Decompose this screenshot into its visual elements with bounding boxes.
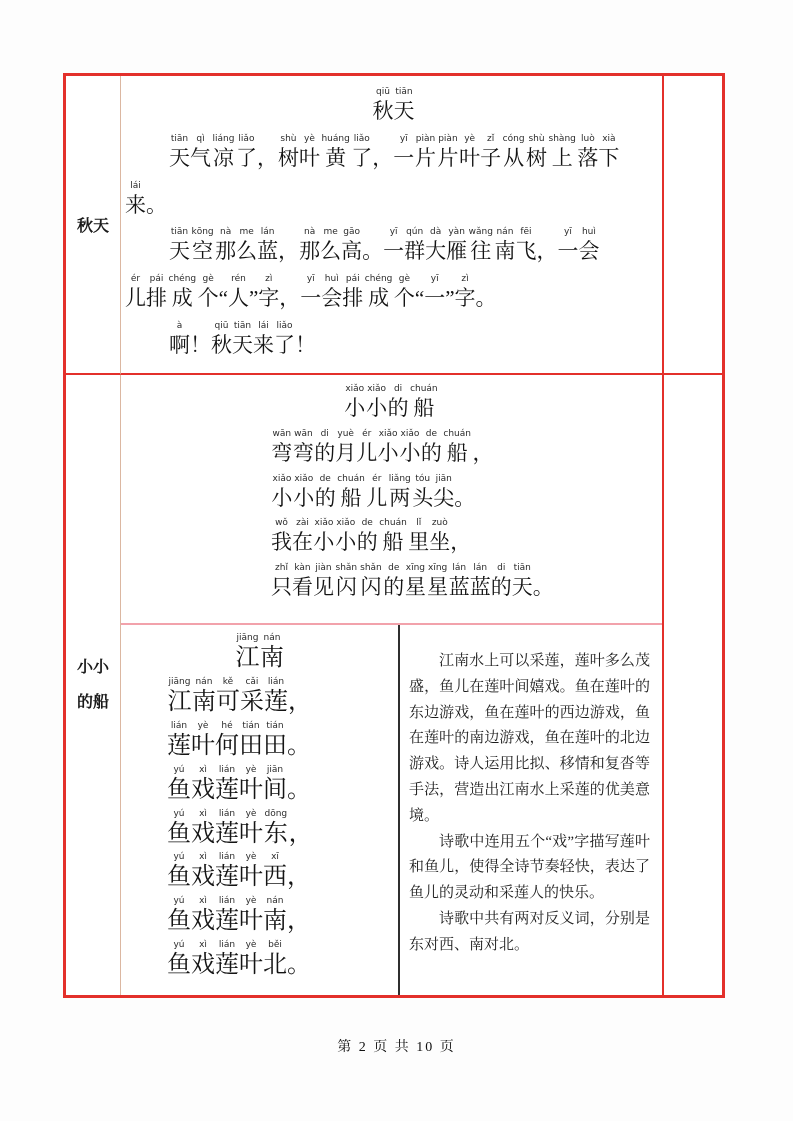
syllable: lián莲 (215, 895, 239, 935)
hanzi: 莲 (215, 864, 239, 891)
pinyin: tiān (512, 562, 532, 575)
page-number-text: 第 2 页 共 10 页 (337, 1040, 456, 1055)
pinyin: zuò (430, 517, 449, 530)
hanzi: 船 (447, 441, 468, 466)
syllable: liǎo了 (274, 320, 295, 358)
syllable: cóng从 (501, 133, 526, 171)
pinyin: chéng (363, 273, 394, 286)
hanzi: 来 (253, 333, 274, 358)
syllable: à啊 (169, 320, 190, 358)
pinyin: lán (472, 562, 489, 575)
syllable: jiān间 (263, 764, 287, 804)
pinyin: nán (265, 895, 285, 908)
pinyin: kàn (293, 562, 312, 575)
pinyin: yī (388, 226, 399, 239)
syllable: yè叶 (239, 895, 263, 935)
pinyin: qiū (375, 86, 392, 99)
pinyin (296, 895, 302, 908)
hanzi: 会 (321, 286, 342, 311)
hanzi: 的 (421, 441, 442, 466)
pinyin: tiān (232, 320, 252, 333)
syllable: tián田 (263, 720, 287, 760)
syllable: shǎn闪 (359, 562, 384, 600)
syllable: “ (219, 273, 228, 311)
pinyin: lián (169, 720, 188, 733)
hanzi: 叶 (299, 146, 320, 171)
pinyin: yuè (336, 428, 356, 441)
poem-jiangnan: jiāng江nán南 jiāng江nán南kě可cǎi采lián莲 ， lián… (121, 625, 400, 995)
syllable: di的 (491, 562, 512, 600)
pinyin: yú (172, 808, 186, 821)
pinyin: yú (172, 851, 186, 864)
syllable: huì会 (321, 273, 342, 311)
pinyin (154, 180, 160, 193)
pinyin (303, 320, 309, 333)
hanzi: ， (278, 239, 299, 264)
hanzi: 的 (314, 441, 335, 466)
syllable: liǎo了 (236, 133, 257, 171)
pinyin: dōng (263, 808, 289, 821)
pinyin: nán (262, 632, 282, 645)
syllable: ， (472, 428, 493, 466)
hanzi: 星 (427, 575, 448, 600)
hanzi: 大 (425, 239, 446, 264)
hanzi: 在 (292, 530, 313, 555)
pinyin: pái (148, 273, 165, 286)
hanzi: 树 (526, 146, 547, 171)
syllable: yú鱼 (167, 808, 191, 848)
hanzi: 戏 (191, 777, 215, 804)
pinyin (480, 428, 486, 441)
hanzi: 了 (236, 146, 257, 171)
syllable: gāo高 (341, 226, 362, 264)
text-line: tiān天kōng空nà那me么lán蓝 ，nà那me么gāo高 。yī一qún… (125, 226, 662, 264)
pinyin: yàn (447, 226, 467, 239)
pinyin: yè (196, 720, 210, 733)
syllable: nà那 (299, 226, 320, 264)
pinyin: xīng (404, 562, 426, 575)
pinyin: liǎng (387, 473, 412, 486)
syllable: xiǎo小 (366, 383, 388, 421)
pinyin: lán (451, 562, 468, 575)
pinyin: yú (172, 895, 186, 908)
hanzi: 星 (405, 575, 426, 600)
syllable: yè叶 (459, 133, 480, 171)
hanzi: 田 (263, 733, 287, 760)
section-xiaochuan-jiangnan: xiǎo小xiǎo小di的chuán船 wān弯wān弯di的yuè月ér儿xi… (121, 375, 664, 995)
hanzi: 尖 (433, 486, 454, 511)
pinyin: huì (323, 273, 340, 286)
syllable: ， (279, 273, 300, 311)
hanzi: 看 (292, 575, 313, 600)
pinyin: xīng (427, 562, 449, 575)
hanzi: 鱼 (167, 777, 191, 804)
syllable: fēi飞 (515, 226, 536, 264)
syllable: cǎi采 (240, 676, 264, 716)
hanzi: 小 (313, 530, 334, 555)
hanzi: 高 (341, 239, 362, 264)
syllable: 。 (362, 226, 383, 264)
hanzi: 秋 (211, 333, 232, 358)
hanzi: ， (287, 908, 311, 935)
hanzi: 往 (470, 239, 491, 264)
pinyin: huì (580, 226, 597, 239)
hanzi: 天 (232, 333, 253, 358)
hanzi: 下 (598, 146, 619, 171)
hanzi: 蓝 (449, 575, 470, 600)
sidebar-label-qiutian: 秋天 (77, 213, 109, 236)
hanzi: ， (450, 530, 471, 555)
syllable: ” (445, 273, 454, 311)
page-footer: 第 2 页 共 10 页 (0, 1036, 793, 1056)
hanzi: 一 (383, 239, 404, 264)
hanzi: 闪 (336, 575, 357, 600)
hanzi: 里 (408, 530, 429, 555)
syllable: yú鱼 (167, 764, 191, 804)
pinyin: tián (265, 720, 285, 733)
pinyin (483, 273, 489, 286)
pinyin: chuán (378, 517, 409, 530)
pinyin: dà (429, 226, 443, 239)
syllable: nán南 (494, 226, 515, 264)
hanzi: 的 (491, 575, 512, 600)
hanzi: 鱼 (167, 908, 191, 935)
hanzi: 子 (480, 146, 501, 171)
pinyin: nà (303, 226, 317, 239)
hanzi: 。 (287, 952, 311, 979)
pinyin (447, 273, 453, 286)
hanzi: 南 (260, 645, 284, 672)
hanzi: 气 (190, 146, 211, 171)
hanzi: 儿 (356, 441, 377, 466)
pinyin: běi (267, 939, 284, 952)
hanzi: ， (288, 689, 312, 716)
syllable: dà大 (425, 226, 446, 264)
hanzi: 秋 (373, 99, 394, 124)
hanzi: 小 (293, 486, 314, 511)
syllable: ér儿 (356, 428, 377, 466)
pinyin: xì (198, 764, 209, 777)
text-line: à啊 ！qiū秋tiān天lái来liǎo了 ！ (125, 320, 662, 358)
syllable: wǒ我 (271, 517, 292, 555)
hanzi: 成 (172, 286, 193, 311)
hanzi: 飞 (515, 239, 536, 264)
hanzi: 叶 (239, 777, 263, 804)
pinyin: tiān (169, 133, 189, 146)
hanzi: 田 (239, 733, 263, 760)
poem-line: yú鱼xì戏lián莲yè叶nán南 ， (121, 895, 398, 935)
syllable: jiān尖 (433, 473, 454, 511)
syllable: chuán船 (336, 473, 367, 511)
syllable: yuè月 (335, 428, 356, 466)
hanzi: 天 (169, 239, 190, 264)
hanzi: 儿 (366, 486, 387, 511)
syllable: jiàn见 (313, 562, 334, 600)
syllable: yè叶 (239, 939, 263, 979)
hanzi: 那 (299, 239, 320, 264)
syllable: rén人 (228, 273, 249, 311)
pinyin: yè (303, 133, 317, 146)
pinyin: jiān (265, 764, 284, 777)
syllable: zuò坐 (429, 517, 450, 555)
syllable: nà那 (215, 226, 236, 264)
pinyin: de (387, 562, 401, 575)
pinyin: cóng (501, 133, 526, 146)
hanzi: ” (249, 286, 258, 311)
hanzi: 江 (167, 689, 191, 716)
hanzi: 两 (389, 486, 410, 511)
pinyin: xì (198, 895, 209, 908)
pinyin: yú (172, 939, 186, 952)
pinyin (251, 273, 257, 286)
hanzi: 字 (258, 286, 279, 311)
syllable: huáng黄 (320, 133, 351, 171)
sidebar-cell-qiutian: 秋天 (66, 76, 121, 375)
hanzi: 叶 (239, 908, 263, 935)
pinyin (462, 473, 468, 486)
pinyin: zài (295, 517, 311, 530)
hanzi: 小 (271, 486, 292, 511)
pinyin: di (392, 383, 403, 396)
syllable: wān弯 (293, 428, 315, 466)
pinyin: jiāng (235, 632, 260, 645)
syllable: tiān天 (169, 133, 190, 171)
hanzi: 戏 (191, 952, 215, 979)
pinyin: shù (279, 133, 298, 146)
syllable: ， (257, 133, 278, 171)
lesson-title-jiangnan: jiāng江nán南 (121, 632, 398, 672)
pinyin: yú (172, 764, 186, 777)
syllable: lǐ里 (408, 517, 429, 555)
hanzi: 小 (335, 530, 356, 555)
syllable: tiān天 (169, 226, 190, 264)
syllable: ， (278, 226, 299, 264)
syllable: qì气 (190, 133, 211, 171)
pinyin: xī (270, 851, 281, 864)
hanzi: 船 (383, 530, 404, 555)
hanzi: ” (445, 286, 454, 311)
hanzi: ， (287, 864, 311, 891)
hanzi: 莲 (215, 908, 239, 935)
commentary-paragraph: 江南水上可以采莲，莲叶多么茂盛，鱼儿在莲叶间嬉戏。鱼在莲叶的东边游戏，鱼在莲叶的… (409, 649, 650, 830)
pinyin: chuán (336, 473, 367, 486)
syllable: xiǎo小 (377, 428, 399, 466)
pinyin: gè (201, 273, 215, 286)
hanzi: 莲 (215, 952, 239, 979)
syllable: wān弯 (271, 428, 293, 466)
hanzi: 树 (278, 146, 299, 171)
syllable: lián莲 (215, 764, 239, 804)
hanzi: 莲 (215, 777, 239, 804)
pinyin: luò (580, 133, 597, 146)
pinyin: lái (129, 180, 143, 193)
syllable: kě可 (216, 676, 240, 716)
syllable: běi北 (263, 939, 287, 979)
hanzi: 一 (300, 286, 321, 311)
pinyin: nán (194, 676, 214, 689)
jiangnan-block: jiāng江nán南 jiāng江nán南kě可cǎi采lián莲 ， lián… (121, 625, 662, 995)
syllable: lán蓝 (257, 226, 278, 264)
pinyin: zì (460, 273, 470, 286)
syllable: nán南 (260, 632, 284, 672)
hanzi: 儿 (125, 286, 146, 311)
poem-line: xiǎo小xiǎo小de的chuán船ér儿liǎng两tóu头jiān尖 。 (121, 473, 662, 511)
hanzi: 了 (274, 333, 295, 358)
pinyin: gè (397, 273, 411, 286)
hanzi: 排 (342, 286, 363, 311)
pinyin (296, 939, 302, 952)
pinyin: tián (241, 720, 261, 733)
syllable: ， (372, 133, 393, 171)
hanzi: 蓝 (470, 575, 491, 600)
pinyin: liǎo (275, 320, 294, 333)
pinyin: liǎo (352, 133, 371, 146)
sidebar-label-xiaochuan-line1: 小小 (77, 650, 109, 685)
pinyin: xiǎo (293, 473, 315, 486)
hanzi: 船 (341, 486, 362, 511)
hanzi: 叶 (239, 952, 263, 979)
syllable: yè叶 (191, 720, 215, 760)
hanzi: 排 (146, 286, 167, 311)
syllable: de的 (315, 473, 336, 511)
pinyin: kōng (190, 226, 215, 239)
syllable: lián莲 (167, 720, 191, 760)
hanzi: 见 (313, 575, 334, 600)
hanzi: 雁 (446, 239, 467, 264)
poem-line: yú鱼xì戏lián莲yè叶běi北 。 (121, 939, 398, 979)
pinyin: piàn (414, 133, 436, 146)
hanzi: “ (415, 286, 424, 311)
pinyin: qún (405, 226, 425, 239)
hanzi: 小 (344, 396, 365, 421)
syllable: lián莲 (264, 676, 288, 716)
syllable: kàn看 (292, 562, 313, 600)
pinyin: à (175, 320, 184, 333)
pinyin: jiāng (167, 676, 192, 689)
syllable: yè叶 (239, 808, 263, 848)
syllable: xì戏 (191, 764, 215, 804)
syllable: 。 (454, 473, 475, 511)
pinyin: xì (198, 851, 209, 864)
hanzi: 船 (413, 396, 434, 421)
text-line: tiān天qì气liáng凉liǎo了 ，shù树yè叶huáng黄liǎo了 … (125, 133, 662, 171)
syllable: yú鱼 (167, 895, 191, 935)
pinyin: shù (527, 133, 546, 146)
hanzi: 落 (577, 146, 598, 171)
hanzi: 东 (264, 821, 288, 848)
text-line: ér儿pái排chéng成gè个 “rén人 ”zì字 ，yī一huì会pái排… (125, 273, 662, 311)
hanzi: 坐 (429, 530, 450, 555)
hanzi: 了 (351, 146, 372, 171)
hanzi: 叶 (239, 864, 263, 891)
hanzi: 么 (236, 239, 257, 264)
hanzi: 采 (240, 689, 264, 716)
pinyin (297, 676, 303, 689)
syllable: gè个 (198, 273, 219, 311)
hanzi: 的 (315, 486, 336, 511)
hanzi: 蓝 (257, 239, 278, 264)
hanzi: 小 (378, 441, 399, 466)
hanzi: 南 (192, 689, 216, 716)
syllable: shàng上 (547, 133, 577, 171)
pinyin: yè (244, 895, 258, 908)
hanzi: 一 (393, 146, 414, 171)
syllable: qún群 (404, 226, 425, 264)
syllable: liáng凉 (211, 133, 236, 171)
syllable: yè叶 (299, 133, 320, 171)
syllable: ， (289, 808, 313, 848)
hanzi: 。 (533, 575, 554, 600)
syllable: xīng星 (404, 562, 426, 600)
hanzi: 从 (503, 146, 524, 171)
section-qiutian: qiū秋tiān天 tiān天qì气liáng凉liǎo了 ，shù树yè叶hu… (121, 76, 664, 375)
pinyin: fēi (519, 226, 533, 239)
page: 秋天 qiū秋tiān天 tiān天qì气liáng凉liǎo了 ，shù树yè… (0, 0, 793, 1121)
hanzi: 个 (394, 286, 415, 311)
syllable: dōng东 (263, 808, 289, 848)
pinyin: lián (217, 764, 236, 777)
syllable: tiān天 (394, 86, 415, 124)
syllable: zǐ子 (480, 133, 501, 171)
syllable: tiān天 (512, 562, 533, 600)
commentary-paragraph: 诗歌中连用五个“戏”字描写莲叶和鱼儿，使得全诗节奏轻快，表达了鱼儿的灵动和采莲人… (409, 830, 650, 907)
pinyin: yī (429, 273, 440, 286)
hanzi: 。 (287, 733, 311, 760)
hanzi: 人 (228, 286, 249, 311)
syllable: zài在 (292, 517, 313, 555)
hanzi: 我 (271, 530, 292, 555)
syllable: xiǎo小 (293, 473, 315, 511)
margin-column-cell (664, 375, 722, 995)
pinyin: lián (217, 808, 236, 821)
pinyin: jiān (434, 473, 453, 486)
pinyin: cǎi (244, 676, 260, 689)
hanzi: 的 (357, 530, 378, 555)
pinyin: lǐ (415, 517, 423, 530)
syllable: yī一 (393, 133, 414, 171)
syllable: xiǎo小 (399, 428, 421, 466)
pinyin: xiǎo (399, 428, 421, 441)
pinyin: shǎn (334, 562, 359, 575)
commentary-paragraph: 诗歌中共有两对反义词，分别是东对西、南对北。 (409, 907, 650, 959)
pinyin: nán (495, 226, 515, 239)
hanzi: 小 (399, 441, 420, 466)
pinyin: de (318, 473, 332, 486)
pinyin: zhǐ (274, 562, 290, 575)
pinyin: lái (257, 320, 271, 333)
pinyin: tóu (414, 473, 432, 486)
syllable: lián莲 (215, 939, 239, 979)
syllable: me么 (236, 226, 257, 264)
poem-line: yú鱼xì戏lián莲yè叶jiān间 。 (121, 764, 398, 804)
pinyin: pái (344, 273, 361, 286)
syllable: yè叶 (239, 851, 263, 891)
syllable: piàn片 (437, 133, 459, 171)
pinyin (458, 517, 464, 530)
pinyin: me (238, 226, 255, 239)
syllable: 。 (287, 720, 311, 760)
hanzi: 那 (215, 239, 236, 264)
pinyin: liǎo (237, 133, 256, 146)
poem-line: wān弯wān弯di的yuè月ér儿xiǎo小xiǎo小de的chuán船 ， (121, 428, 662, 466)
pinyin: zǐ (486, 133, 496, 146)
syllable: nán南 (263, 895, 287, 935)
syllable: lán蓝 (449, 562, 470, 600)
pinyin: xiǎo (313, 517, 335, 530)
pinyin: shǎn (359, 562, 384, 575)
syllable: huì会 (578, 226, 599, 264)
pinyin: huáng (320, 133, 351, 146)
